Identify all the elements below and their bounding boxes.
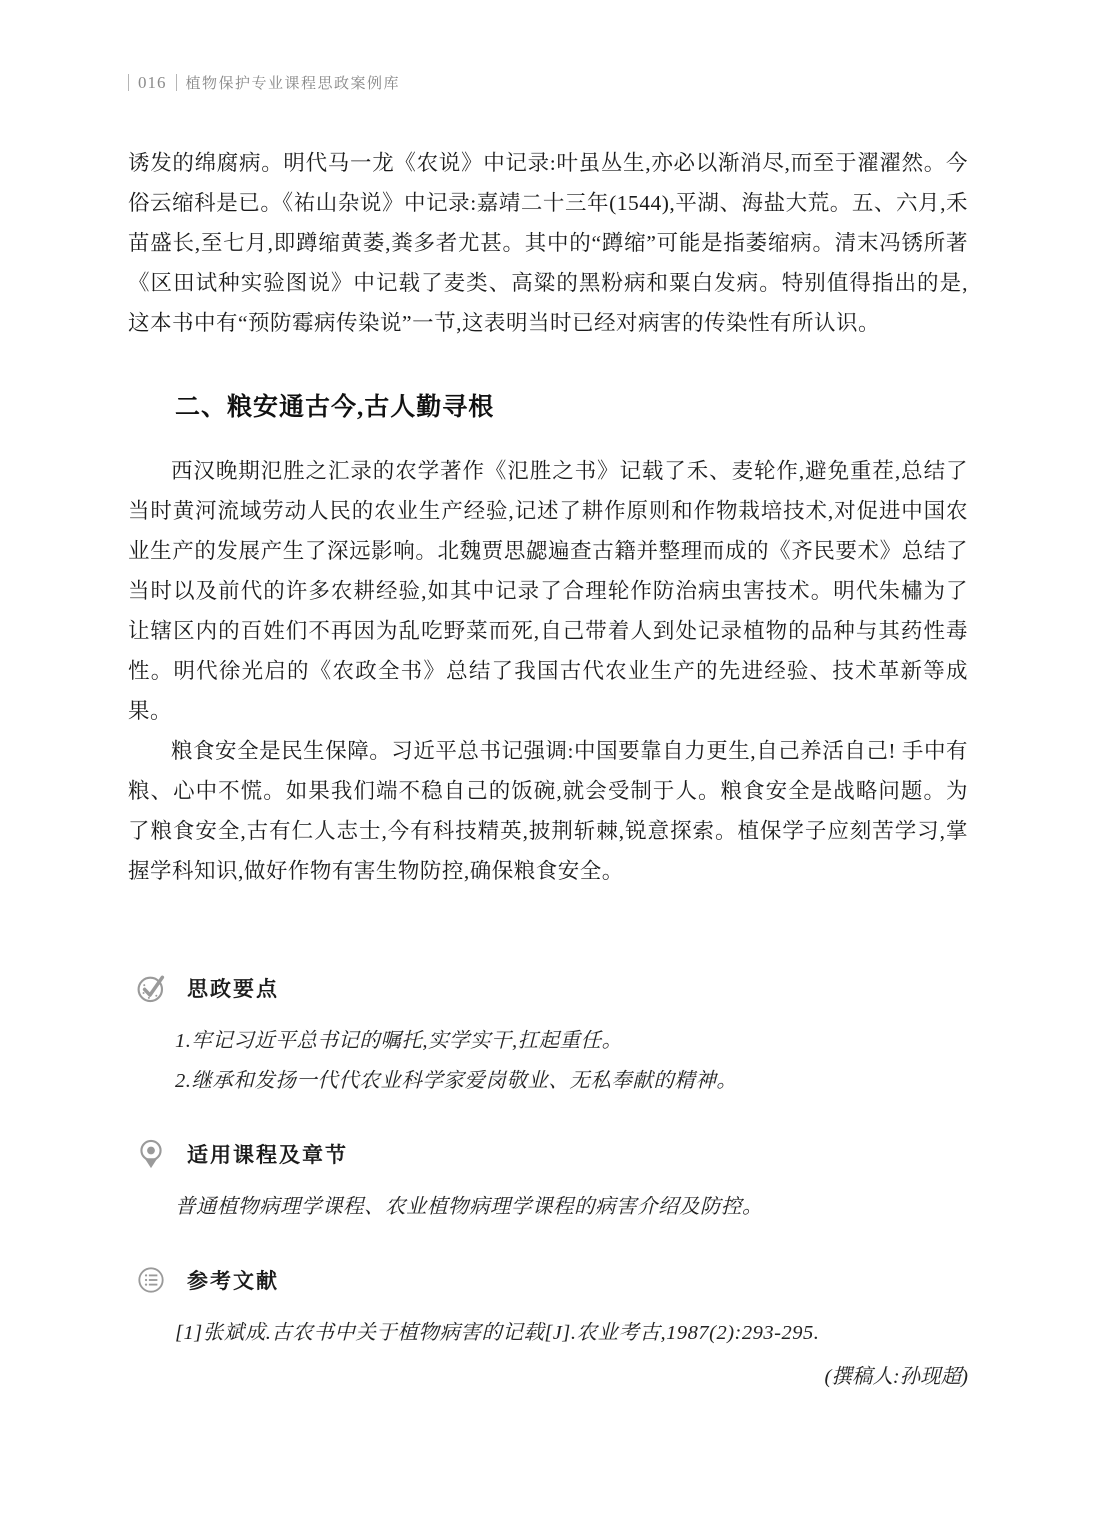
page-number: 016: [138, 73, 167, 93]
feature-title: 参考文献: [187, 1265, 279, 1295]
feature-body: 1.牢记习近平总书记的嘱托,实学实干,扛起重任。 2.继承和发扬一代代农业科学家…: [175, 1021, 968, 1101]
book-page: 016 植物保护专业课程思政案例库 诱发的绵腐病。明代马一龙《农说》中记录:叶虽…: [0, 0, 1100, 1532]
key-point-item: 2.继承和发扬一代代农业科学家爱岗敬业、无私奉献的精神。: [175, 1061, 968, 1101]
paragraph: 西汉晚期氾胜之汇录的农学著作《氾胜之书》记载了禾、麦轮作,避免重茬,总结了当时黄…: [128, 451, 968, 731]
header-divider: [128, 74, 129, 91]
feature-header: 参考文献: [134, 1263, 968, 1297]
section-heading: 二、粮安通古今,古人勤寻根: [128, 387, 968, 423]
key-point-item: 1.牢记习近平总书记的嘱托,实学实干,扛起重任。: [175, 1021, 968, 1061]
feature-body: [1]张斌成.古农书中关于植物病害的记载[J].农业考古,1987(2):293…: [175, 1313, 968, 1397]
feature-section-applicable-courses: 适用课程及章节 普通植物病理学课程、农业植物病理学课程的病害介绍及防控。: [128, 1137, 968, 1227]
feature-section-key-points: 思政要点 1.牢记习近平总书记的嘱托,实学实干,扛起重任。 2.继承和发扬一代代…: [128, 971, 968, 1101]
feature-title: 思政要点: [187, 973, 279, 1003]
course-item: 普通植物病理学课程、农业植物病理学课程的病害介绍及防控。: [175, 1187, 968, 1227]
book-title: 植物保护专业课程思政案例库: [186, 72, 401, 93]
reference-item: [1]张斌成.古农书中关于植物病害的记载[J].农业考古,1987(2):293…: [175, 1313, 968, 1353]
page-content: 诱发的绵腐病。明代马一龙《农说》中记录:叶虽丛生,亦必以渐消尽,而至于濯濯然。今…: [128, 143, 968, 1397]
paragraph: 粮食安全是民生保障。习近平总书记强调:中国要靠自力更生,自己养活自己! 手中有粮…: [128, 731, 968, 891]
author-credit: (撰稿人:孙现超): [175, 1357, 968, 1397]
feature-header: 适用课程及章节: [134, 1137, 968, 1171]
check-circle-icon: [134, 971, 168, 1005]
running-header: 016 植物保护专业课程思政案例库: [128, 72, 968, 93]
feature-title: 适用课程及章节: [187, 1139, 348, 1169]
feature-header: 思政要点: [134, 971, 968, 1005]
header-divider: [176, 74, 177, 91]
paragraph-continued: 诱发的绵腐病。明代马一龙《农说》中记录:叶虽丛生,亦必以渐消尽,而至于濯濯然。今…: [128, 143, 968, 343]
list-circle-icon: [134, 1263, 168, 1297]
feature-body: 普通植物病理学课程、农业植物病理学课程的病害介绍及防控。: [175, 1187, 968, 1227]
location-pin-icon: [134, 1137, 168, 1171]
feature-section-references: 参考文献 [1]张斌成.古农书中关于植物病害的记载[J].农业考古,1987(2…: [128, 1263, 968, 1397]
